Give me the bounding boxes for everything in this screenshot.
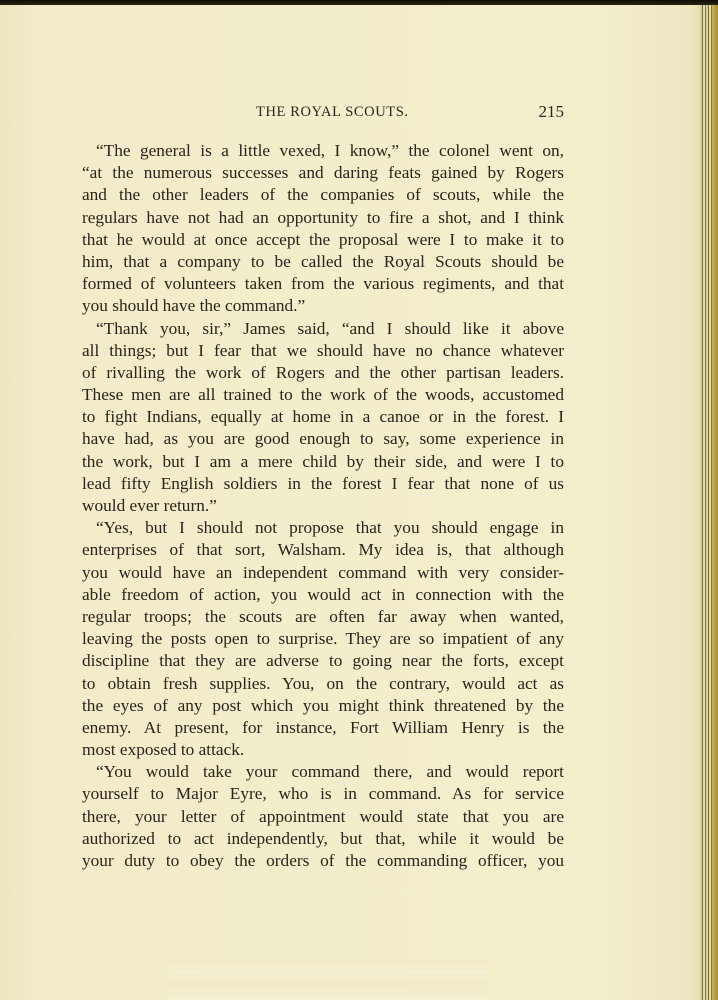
text-line: formed of volunteers taken from the vari…: [82, 273, 564, 295]
text-line: discipline that they are adverse to goin…: [82, 650, 564, 672]
page-number: 215: [539, 102, 565, 122]
text-line: “Yes, but I should not propose that you …: [82, 517, 564, 539]
text-line: the work, but I am a mere child by their…: [82, 451, 564, 473]
text-line: of rivalling the work of Rogers and the …: [82, 362, 564, 384]
text-line: lead fifty English soldiers in the fores…: [82, 473, 564, 495]
scan-smudge: [168, 960, 488, 1000]
text-line: “You would take your command there, and …: [82, 761, 564, 783]
text-line: “The general is a little vexed, I know,”…: [82, 140, 564, 162]
text-line: to fight Indians, equally at home in a c…: [82, 406, 564, 428]
page-edges-binding: [700, 5, 718, 1000]
text-line: to obtain fresh supplies. You, on the co…: [82, 673, 564, 695]
running-title: THE ROYAL SCOUTS.: [256, 104, 409, 121]
text-line: enterprises of that sort, Walsham. My id…: [82, 539, 564, 561]
text-line: and the other leaders of the companies o…: [82, 184, 564, 206]
text-line: the eyes of any post which you might thi…: [82, 695, 564, 717]
body-text: “The general is a little vexed, I know,”…: [82, 140, 564, 872]
text-line: that he would at once accept the proposa…: [82, 229, 564, 251]
text-line: authorized to act independently, but tha…: [82, 828, 564, 850]
text-line: leaving the posts open to surprise. They…: [82, 628, 564, 650]
text-line: him, that a company to be called the Roy…: [82, 251, 564, 273]
text-line: regular troops; the scouts are often far…: [82, 606, 564, 628]
running-header: THE ROYAL SCOUTS. 215: [82, 102, 564, 124]
text-line: all things; but I fear that we should ha…: [82, 340, 564, 362]
text-line: you would have an independent command wi…: [82, 562, 564, 584]
text-line: would ever return.”: [82, 495, 564, 517]
text-line: most exposed to attack.: [82, 739, 564, 761]
text-line: yourself to Major Eyre, who is in comman…: [82, 783, 564, 805]
text-line: there, your letter of appointment would …: [82, 806, 564, 828]
text-line: These men are all trained to the work of…: [82, 384, 564, 406]
text-line: your duty to obey the orders of the comm…: [82, 850, 564, 872]
text-line: “Thank you, sir,” James said, “and I sho…: [82, 318, 564, 340]
text-line: have had, as you are good enough to say,…: [82, 428, 564, 450]
text-line: able freedom of action, you would act in…: [82, 584, 564, 606]
text-line: you should have the command.”: [82, 295, 564, 317]
text-line: “at the numerous successes and daring fe…: [82, 162, 564, 184]
text-line: enemy. At present, for instance, Fort Wi…: [82, 717, 564, 739]
text-line: regulars have not had an opportunity to …: [82, 207, 564, 229]
